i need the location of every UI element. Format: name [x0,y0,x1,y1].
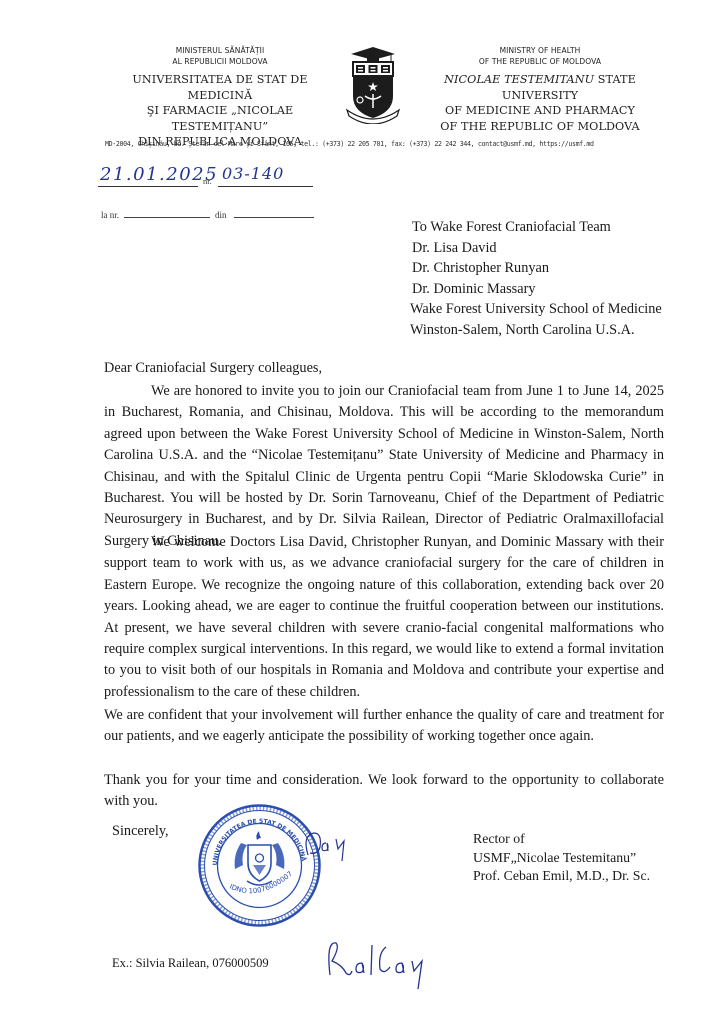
paragraph-4: Thank you for your time and consideratio… [104,770,664,813]
ministry-name-en: MINISTRY OF HEALTH [410,45,670,56]
university-name-ro-line2: ŞI FARMACIE „NICOLAE TESTEMIȚANU” [100,103,340,134]
nr-label: nr. [203,176,212,186]
handwritten-signature-icon [300,825,360,865]
recipient-line: Dr. Lisa David [412,238,662,259]
signatory-block: Rector of USMF„Nicolae Testemitanu” Prof… [473,830,650,886]
stamp-text: UNIVERSITATEA DE STAT DE MEDICINĂ ŞI FAR… [197,803,307,866]
official-seal-icon: UNIVERSITATEA DE STAT DE MEDICINĂ ŞI FAR… [197,803,322,928]
svg-text:UNIVERSITATEA DE STAT DE MEDIC: UNIVERSITATEA DE STAT DE MEDICINĂ ŞI FAR… [197,803,307,866]
din-label: din [215,210,227,220]
recipient-line: Wake Forest University School of Medicin… [410,299,662,320]
ministry-name-ro: MINISTERUL SĂNĂTĂȚII [100,45,340,56]
paragraph-2: We welcome Doctors Lisa David, Christoph… [104,532,664,703]
recipient-block: To Wake Forest Craniofacial Team Dr. Lis… [412,217,662,340]
executor-line: Ex.: Silvia Railean, 076000509 [112,956,269,971]
university-name-en-line1: NICOLAE TESTEMITANU STATE UNIVERSITY [410,72,670,103]
university-name-en-line2: OF MEDICINE AND PHARMACY [410,103,670,119]
signatory-name: Prof. Ceban Emil, M.D., Dr. Sc. [473,867,650,886]
salutation: Dear Craniofacial Surgery colleagues, [104,360,322,377]
number-underline [218,186,313,187]
signatory-institution: USMF„Nicolae Testemitanu” [473,849,650,868]
university-name-ro-line1: UNIVERSITATEA DE STAT DE MEDICINĂ [100,72,340,103]
date-underline [98,186,198,187]
letterhead-left: MINISTERUL SĂNĂTĂȚII AL REPUBLICII MOLDO… [100,45,340,150]
document-date: 21.01.2025 [100,164,218,185]
letterhead-right: MINISTRY OF HEALTH OF THE REPUBLIC OF MO… [410,45,670,134]
university-crest-icon [343,44,403,124]
din-blank [234,217,314,218]
la-nr-label: la nr. [101,210,119,220]
executor-signature-icon [322,935,442,995]
recipient-line: Dr. Christopher Runyan [412,258,662,279]
ministry-country-ro: AL REPUBLICII MOLDOVA [100,56,340,67]
university-name-en-line3: OF THE REPUBLIC OF MOLDOVA [410,119,670,135]
paragraph-3: We are confident that your involvement w… [104,705,664,748]
document-number: 03-140 [222,164,284,183]
paragraph-1: We are honored to invite you to join our… [104,381,664,552]
university-name-italic: NICOLAE TESTEMITANU [444,73,594,86]
recipient-line: Winston-Salem, North Carolina U.S.A. [410,320,662,341]
closing: Sincerely, [112,823,169,840]
recipient-line: To Wake Forest Craniofacial Team [412,217,662,238]
ministry-country-en: OF THE REPUBLIC OF MOLDOVA [410,56,670,67]
signatory-title: Rector of [473,830,650,849]
la-nr-blank [124,217,210,218]
contact-line: MD-2004, Chișinău, bd. Ștefan cel Mare ș… [105,140,705,148]
recipient-line: Dr. Dominic Massary [412,279,662,300]
